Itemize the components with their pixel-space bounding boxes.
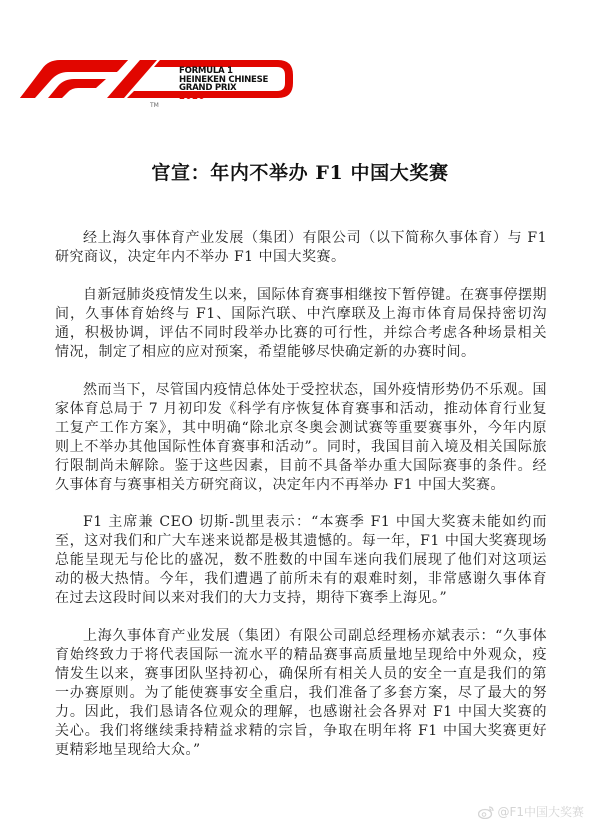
trademark-mark: TM: [150, 102, 159, 109]
paragraph-f1-ceo-quote: F1 主席兼 CEO 切斯-凯里表示：“本赛季 F1 中国大奖赛未能如约而至，这…: [55, 513, 547, 608]
weibo-watermark: @F1中国大奖赛: [478, 803, 584, 820]
paragraph-reasons: 然而当下，尽管国内疫情总体处于受控状态，国外疫情形势仍不乐观。国家体育总局于 7…: [55, 381, 547, 495]
paragraph-juss-quote: 上海久事体育产业发展（集团）有限公司副总经理杨亦斌表示：“久事体育始终致力于将代…: [55, 627, 547, 760]
logo-year: 2020: [179, 93, 268, 102]
weibo-icon: [478, 805, 494, 819]
logo-text-block: FORMULA 1 HEINEKEN CHINESE GRAND PRIX 20…: [179, 67, 268, 101]
f1-chinese-gp-logo: FORMULA 1 HEINEKEN CHINESE GRAND PRIX 20…: [20, 55, 310, 115]
paragraph-text: 上海久事体育产业发展（集团）有限公司副总经理杨亦斌表示：“久事体育始终致力于将代…: [55, 627, 547, 760]
watermark-text: @F1中国大奖赛: [497, 803, 584, 820]
paragraph-decision: 经上海久事体育产业发展（集团）有限公司（以下简称久事体育）与 F1 研究商议，决…: [55, 229, 547, 267]
paragraph-text: F1 主席兼 CEO 切斯-凯里表示：“本赛季 F1 中国大奖赛未能如约而至，这…: [55, 513, 547, 608]
paragraph-text: 经上海久事体育产业发展（集团）有限公司（以下简称久事体育）与 F1 研究商议，决…: [55, 229, 547, 267]
paragraph-text: 然而当下，尽管国内疫情总体处于受控状态，国外疫情形势仍不乐观。国家体育总局于 7…: [55, 381, 547, 495]
paragraph-background: 自新冠肺炎疫情发生以来，国际体育赛事相继按下暂停键。在赛事停摆期间，久事体育始终…: [55, 286, 547, 362]
page-title: 官宣：年内不举办 F1 中国大奖赛: [0, 158, 600, 185]
paragraph-text: 自新冠肺炎疫情发生以来，国际体育赛事相继按下暂停键。在赛事停摆期间，久事体育始终…: [55, 286, 547, 362]
